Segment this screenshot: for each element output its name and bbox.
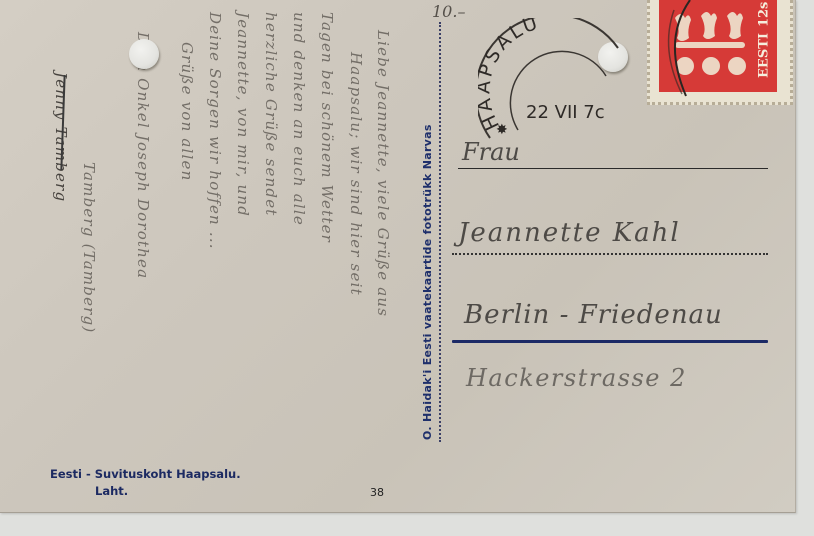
postmark-date: 22 VII 7c: [526, 102, 605, 123]
message-line: und denken an euch alle: [290, 12, 308, 226]
caption-line-2: Laht.: [95, 484, 241, 498]
handwritten-message: Liebe Jeannette, viele Grüße aus Haapsal…: [20, 12, 420, 472]
message-line: Liebe Jeannette, viele Grüße aus: [374, 30, 392, 317]
svg-text:✸: ✸: [496, 122, 508, 138]
message-line: Grüße von allen: [178, 42, 196, 182]
caption-line-1: Eesti - Suvituskoht Haapsalu.: [50, 467, 241, 481]
message-line: Haapsalu; wir sind hier seit: [347, 52, 365, 296]
picture-caption: Eesti - Suvituskoht Haapsalu. Laht.: [50, 467, 241, 498]
dotted-divider: [439, 22, 441, 442]
postage-stamp: EESTI12s: [647, 0, 793, 105]
printer-imprint: O. Haidak'i Eesti vaatekaartide fototrük…: [421, 124, 434, 440]
postmark: HAAPSALU 22 VII 7c ✸: [478, 18, 648, 148]
message-line: Tamberg (Tamberg): [80, 162, 98, 333]
price-note: 10.–: [432, 2, 465, 21]
punch-hole: [129, 39, 159, 69]
address-rule: [452, 253, 768, 255]
message-line: Jeannette, von mir, und: [234, 12, 252, 217]
address-name: Jeannette Kahl: [458, 218, 681, 248]
message-line: Deine Sorgen wir hoffen ...: [206, 12, 224, 250]
address-city: Berlin - Friedenau: [464, 300, 723, 330]
address-rule: [458, 168, 768, 169]
address-street: Hackerstrasse 2: [466, 364, 687, 392]
cancellation-mark: [650, 0, 790, 102]
address-rule: [452, 340, 768, 343]
message-line: Tagen bei schönem Wetter: [318, 12, 336, 243]
address-salutation: Frau: [462, 138, 520, 166]
card-number: 38: [370, 486, 384, 499]
message-line: herzliche Grüße sendet: [262, 12, 280, 217]
message-line: Dein Onkel Joseph Dorothea: [134, 32, 152, 279]
postcard-back: 10.– Liebe Jeannette, viele Grüße aus Ha…: [0, 0, 796, 513]
